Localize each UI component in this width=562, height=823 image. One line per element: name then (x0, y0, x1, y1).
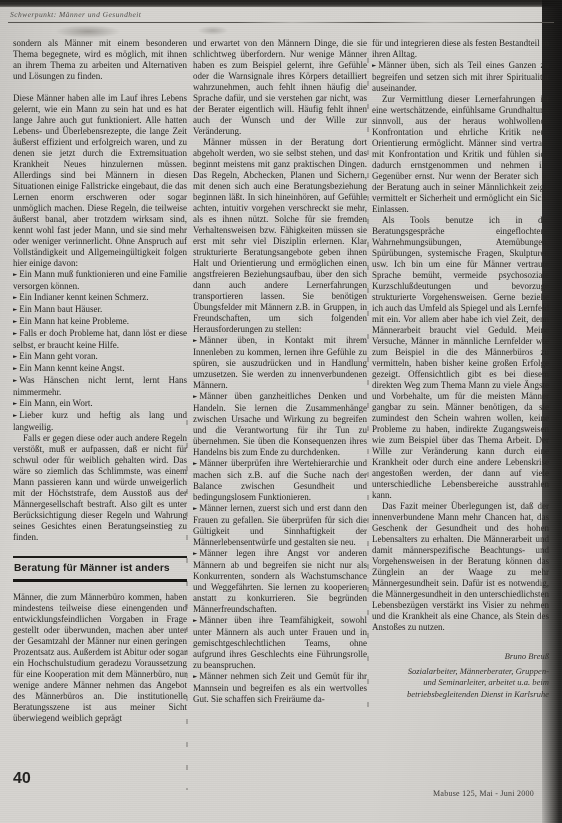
paragraph: Falls er gegen diese oder auch andere Re… (13, 433, 187, 543)
header-rule (8, 22, 554, 23)
bullet-icon: ► (193, 551, 197, 557)
bullet-icon: ► (193, 618, 197, 624)
rule-text: Ein Mann hat keine Probleme. (19, 316, 129, 326)
rule-text: Was Hänschen nicht lernt, lernt Hans nim… (13, 375, 187, 397)
list-item: ►Männer üben, sich als Teil eines Ganzen… (372, 60, 549, 94)
list-item-text: Männer üben, sich als Teil eines Ganzen … (372, 60, 549, 93)
paragraph: für und integrieren diese als festen Bes… (372, 38, 549, 60)
list-item: ►Männer üben ihre Teamfähigkeit, sowohl … (193, 615, 367, 671)
list-item-text: Männer legen ihre Angst vor anderen Männ… (193, 548, 367, 614)
bullet-icon: ► (193, 674, 197, 680)
paragraph: und erwartet von den Männern Dinge, die … (193, 38, 367, 137)
rule-text: Ein Mann baut Häuser. (19, 304, 102, 314)
paragraph: Als Tools benutze ich in die Beratungsge… (372, 215, 549, 501)
bullet-icon: ► (13, 331, 17, 337)
bullet-icon: ► (13, 366, 17, 372)
author-bio-line: betriebsbegleitenden Dienst in Karlsruhe (372, 689, 549, 701)
paragraph: Diese Männer haben alle im Lauf ihres Le… (13, 93, 187, 269)
list-item: ►Männer üben ganzheitliches Denken und H… (193, 391, 367, 458)
bullet-icon: ► (13, 378, 17, 384)
rule-text: Ein Mann, ein Wort. (19, 398, 92, 408)
list-item: ►Männer üben, in Kontakt mit ihrem Innen… (193, 335, 367, 391)
rule-item: ►Ein Mann hat keine Probleme. (13, 316, 187, 328)
list-item: ►Männer überprüfen ihre Wertehierarchie … (193, 458, 367, 503)
list-item-text: Männer üben ganzheitliches Denken und Ha… (193, 391, 367, 457)
list-item-text: Männer nehmen sich Zeit und Gemüt für ih… (193, 671, 367, 704)
rule-item: ►Ein Mann baut Häuser. (13, 304, 187, 316)
author-name: Bruno Breuß (372, 651, 549, 663)
list-item-text: Männer überprüfen ihre Wertehierarchie u… (193, 458, 367, 502)
bullet-icon: ► (13, 272, 17, 278)
text-column-3: für und integrieren diese als festen Bes… (372, 38, 549, 700)
section-heading: Beratung für Männer ist anders (13, 556, 187, 582)
paragraph: Männer müssen in der Beratung dort abgeh… (193, 137, 367, 335)
journal-footer: Mabuse 125, Mai - Juni 2000 (433, 789, 534, 798)
rule-item: ►Was Hänschen nicht lernt, lernt Hans ni… (13, 375, 187, 398)
bullet-icon: ► (193, 461, 197, 467)
rule-item: ►Ein Mann, ein Wort. (13, 398, 187, 410)
list-item: ►Männer legen ihre Angst vor anderen Män… (193, 548, 367, 615)
bullet-icon: ► (372, 63, 376, 69)
bullet-icon: ► (13, 307, 17, 313)
paragraph: Zur Vermittlung dieser Lernerfahrungen i… (372, 94, 549, 215)
paragraph: sondern als Männer mit einem besonderen … (13, 38, 187, 82)
bullet-icon: ► (13, 354, 17, 360)
scanned-magazine-page: Schwerpunkt: Männer und Gesundheit sonde… (0, 0, 562, 823)
author-bio-line: und Seminarleiter, arbeitet u.a. beim (372, 677, 549, 689)
page-content: Schwerpunkt: Männer und Gesundheit sonde… (0, 0, 562, 823)
list-item: ►Männer nehmen sich Zeit und Gemüt für i… (193, 671, 367, 705)
bullet-icon: ► (13, 401, 17, 407)
bullet-icon: ► (193, 394, 197, 400)
page-number: 40 (13, 770, 31, 788)
rule-item: ►Falls er doch Probleme hat, dann löst e… (13, 328, 187, 351)
list-item-text: Männer üben ihre Teamfähigkeit, sowohl u… (193, 615, 367, 670)
paragraph: Das Fazit meiner Überlegungen ist, daß d… (372, 501, 549, 633)
rule-item: ►Ein Mann kennt keine Angst. (13, 363, 187, 375)
rule-item: ►Ein Indianer kennt keinen Schmerz. (13, 292, 187, 304)
paragraph: Männer, die zum Männerbüro kommen, haben… (13, 592, 187, 724)
bullet-icon: ► (13, 413, 17, 419)
running-header: Schwerpunkt: Männer und Gesundheit (10, 10, 141, 19)
rule-text: Ein Mann geht voran. (19, 351, 97, 361)
bullet-icon: ► (13, 295, 17, 301)
author-bio-line: Sozialarbeiter, Männerberater, Gruppen- (372, 666, 549, 678)
list-item-text: Männer üben, in Kontakt mit ihrem Innenl… (193, 335, 367, 390)
rule-text: Ein Indianer kennt keinen Schmerz. (19, 292, 148, 302)
rule-text: Falls er doch Probleme hat, dann löst er… (13, 328, 187, 350)
rule-text: Lieber kurz und heftig als lang und lang… (13, 410, 187, 432)
rule-item: ►Lieber kurz und heftig als lang und lan… (13, 410, 187, 433)
text-column-1: sondern als Männer mit einem besonderen … (13, 38, 187, 764)
rule-item: ►Ein Mann muß funktionieren und eine Fam… (13, 269, 187, 292)
text-column-2: und erwartet von den Männern Dinge, die … (193, 38, 367, 778)
rule-item: ►Ein Mann geht voran. (13, 351, 187, 363)
list-item: ►Männer lernen, zuerst sich und erst dan… (193, 503, 367, 548)
bullet-icon: ► (193, 338, 197, 344)
bullet-icon: ► (13, 319, 17, 325)
author-credit: Bruno Breuß Sozialarbeiter, Männerberate… (372, 651, 549, 700)
bullet-icon: ► (193, 506, 197, 512)
rule-text: Ein Mann kennt keine Angst. (19, 363, 124, 373)
list-item-text: Männer lernen, zuerst sich und erst dann… (193, 503, 367, 547)
rule-text: Ein Mann muß funktionieren und eine Fami… (13, 269, 187, 291)
